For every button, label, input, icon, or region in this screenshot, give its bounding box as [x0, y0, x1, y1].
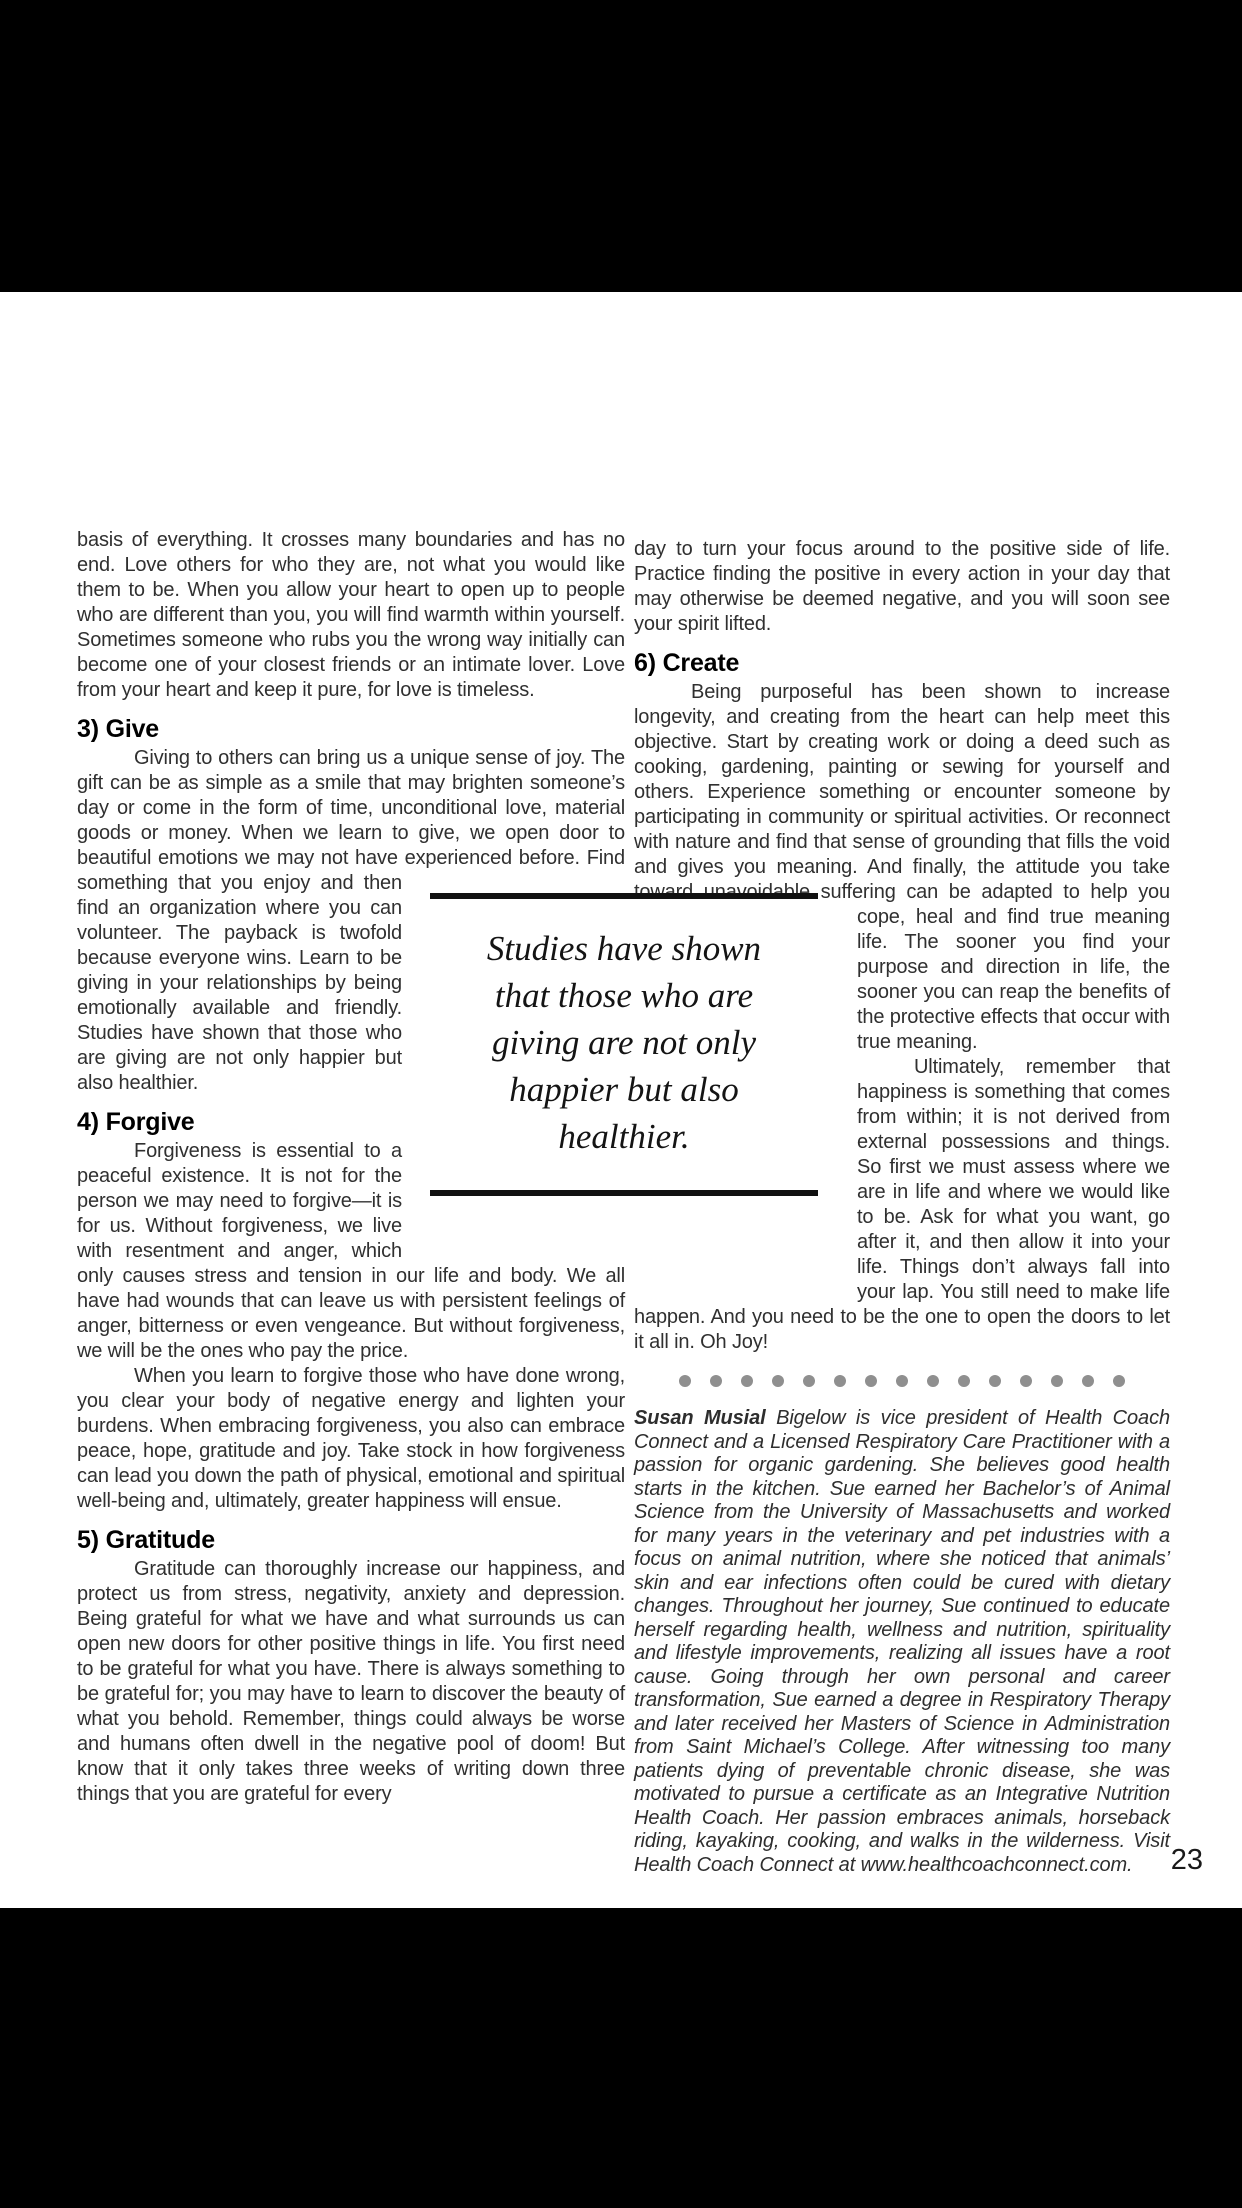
section-heading-give: 3) Give	[77, 717, 625, 742]
separator-dots	[634, 1375, 1170, 1387]
paragraph-give-post: you enjoy and then find an organization …	[77, 872, 402, 1094]
separator-dot	[958, 1375, 970, 1387]
paragraph-forgive-2: When you learn to forgive those who have…	[77, 1364, 625, 1514]
separator-dot	[1082, 1375, 1094, 1387]
separator-dot	[865, 1375, 877, 1387]
separator-dot	[1020, 1375, 1032, 1387]
pull-quote: Studies have shown that those who are gi…	[430, 893, 818, 1196]
separator-dot	[989, 1375, 1001, 1387]
top-letterbox-bar	[0, 0, 1242, 292]
author-name: Susan Musial	[634, 1407, 766, 1429]
paragraph-love-continuation: basis of everything. It crosses many bou…	[77, 528, 625, 703]
pull-quote-line: giving are not only	[432, 1019, 816, 1066]
section-heading-create: 6) Create	[634, 651, 1170, 676]
separator-dot	[803, 1375, 815, 1387]
paragraph-gratitude-continuation: day to turn your focus around to the pos…	[634, 537, 1170, 637]
separator-dot	[679, 1375, 691, 1387]
section-heading-gratitude: 5) Gratitude	[77, 1528, 625, 1553]
separator-dot	[896, 1375, 908, 1387]
pull-quote-line: happier but also	[432, 1066, 816, 1113]
page-paper: basis of everything. It crosses many bou…	[0, 292, 1242, 1908]
separator-dot	[741, 1375, 753, 1387]
paragraph-gratitude: Gratitude can thoroughly increase our ha…	[77, 1557, 625, 1807]
magazine-page: basis of everything. It crosses many bou…	[0, 0, 1242, 2208]
separator-dot	[1113, 1375, 1125, 1387]
page-number: 23	[1171, 1844, 1203, 1877]
separator-dot	[834, 1375, 846, 1387]
separator-dot	[927, 1375, 939, 1387]
separator-dot	[1051, 1375, 1063, 1387]
pull-quote-line: healthier.	[432, 1113, 816, 1160]
pull-quote-line: Studies have shown	[432, 925, 816, 972]
paragraph-create-pre: Being purposeful has been shown to incre…	[634, 681, 1170, 903]
separator-dot	[772, 1375, 784, 1387]
paragraph-create-post: cope, heal and find true meaning life. T…	[857, 906, 1170, 1053]
separator-dot	[710, 1375, 722, 1387]
author-bio: Susan Musial Bigelow is vice president o…	[634, 1407, 1170, 1877]
bottom-letterbox-bar	[0, 1908, 1242, 2208]
pull-quote-line: that those who are	[432, 972, 816, 1019]
author-bio-text: Bigelow is vice president of Health Coac…	[634, 1407, 1170, 1876]
right-column: day to turn your focus around to the pos…	[634, 537, 1170, 1877]
